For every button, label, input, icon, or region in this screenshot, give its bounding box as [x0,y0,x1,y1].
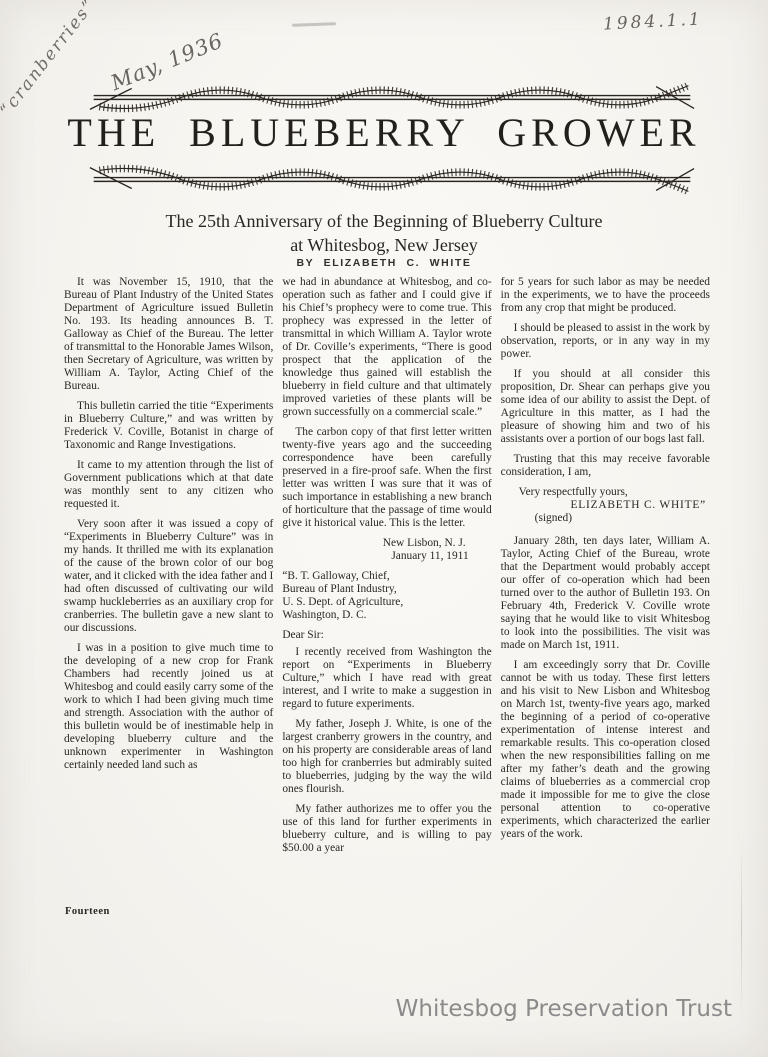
paragraph: for 5 years for such labor as may be nee… [501,276,710,315]
paragraph: It came to my attention through the list… [64,459,273,511]
paragraph: Trusting that this may receive favorable… [501,453,710,479]
handwritten-catalog-number: 1984.1.1 [603,9,704,34]
letter-signed-note: (signed) [501,512,710,525]
vine-divider-bottom [76,160,708,198]
letter-continuation-paragraphs: for 5 years for such labor as may be nee… [501,276,710,479]
right-paragraphs: January 28th, ten days later, William A.… [501,535,710,841]
paragraph: My father authorizes me to offer you the… [282,803,491,855]
paragraph: I am exceedingly sorry that Dr. Coville … [501,659,710,841]
scanned-newsletter-page: “cranberries” May, 1936 1984.1.1 THE BLU… [0,0,768,1057]
letter-signature-line: ELIZABETH C. WHITE” [501,499,710,512]
column-left: It was November 15, 1910, that the Burea… [64,276,273,862]
middle-intro-paragraphs: we had in abundance at Whitesbog, and co… [282,276,491,530]
paragraph: I was in a position to give much time to… [64,642,273,772]
text-line: “B. T. Galloway, Chief, [282,570,491,583]
paragraph: The carbon copy of that first letter wri… [282,426,491,530]
paragraph: January 28th, ten days later, William A.… [501,535,710,652]
paragraph: This bulletin carried the titie “Experim… [64,400,273,452]
paragraph: It was November 15, 1910, that the Burea… [64,276,273,393]
paper-crease [741,840,742,1020]
text-line: Washington, D. C. [282,609,491,622]
left-paragraphs: It was November 15, 1910, that the Burea… [64,276,273,772]
text-line: Bureau of Plant Industry, [282,583,491,596]
letter-closing-line: Very respectfully yours, [501,486,710,499]
paragraph: I recently received from Washington the … [282,646,491,711]
column-middle: we had in abundance at Whitesbog, and co… [282,276,491,862]
letter-address-block: “B. T. Galloway, Chief,Bureau of Plant I… [282,570,491,622]
article-body: It was November 15, 1910, that the Burea… [64,276,710,862]
masthead-title: THE BLUEBERRY GROWER [0,111,768,155]
watermark-text: Whitesbog Preservation Trust [396,996,732,1022]
paragraph: My father, Joseph J. White, is one of th… [282,718,491,796]
paragraph: If you should at all consider this propo… [501,368,710,446]
column-right: for 5 years for such labor as may be nee… [501,276,710,862]
letter-place-line: New Lisbon, N. J. [282,537,491,550]
page-number: Fourteen [65,906,110,917]
text-line: U. S. Dept. of Agriculture, [282,596,491,609]
letter-salutation: Dear Sir: [282,629,491,642]
paragraph: we had in abundance at Whitesbog, and co… [282,276,491,419]
ink-smudge-mark [292,22,336,27]
headline-line-2: at Whitesbog, New Jersey [0,233,768,257]
article-headline: The 25th Anniversary of the Beginning of… [0,209,768,257]
headline-line-1: The 25th Anniversary of the Beginning of… [0,209,768,233]
article-byline: BY ELIZABETH C. WHITE [0,257,768,269]
paragraph: I should be pleased to assist in the wor… [501,322,710,361]
letter-date-line: January 11, 1911 [282,550,491,563]
paragraph: Very soon after it was issued a copy of … [64,518,273,635]
letter-body-paragraphs: I recently received from Washington the … [282,646,491,855]
